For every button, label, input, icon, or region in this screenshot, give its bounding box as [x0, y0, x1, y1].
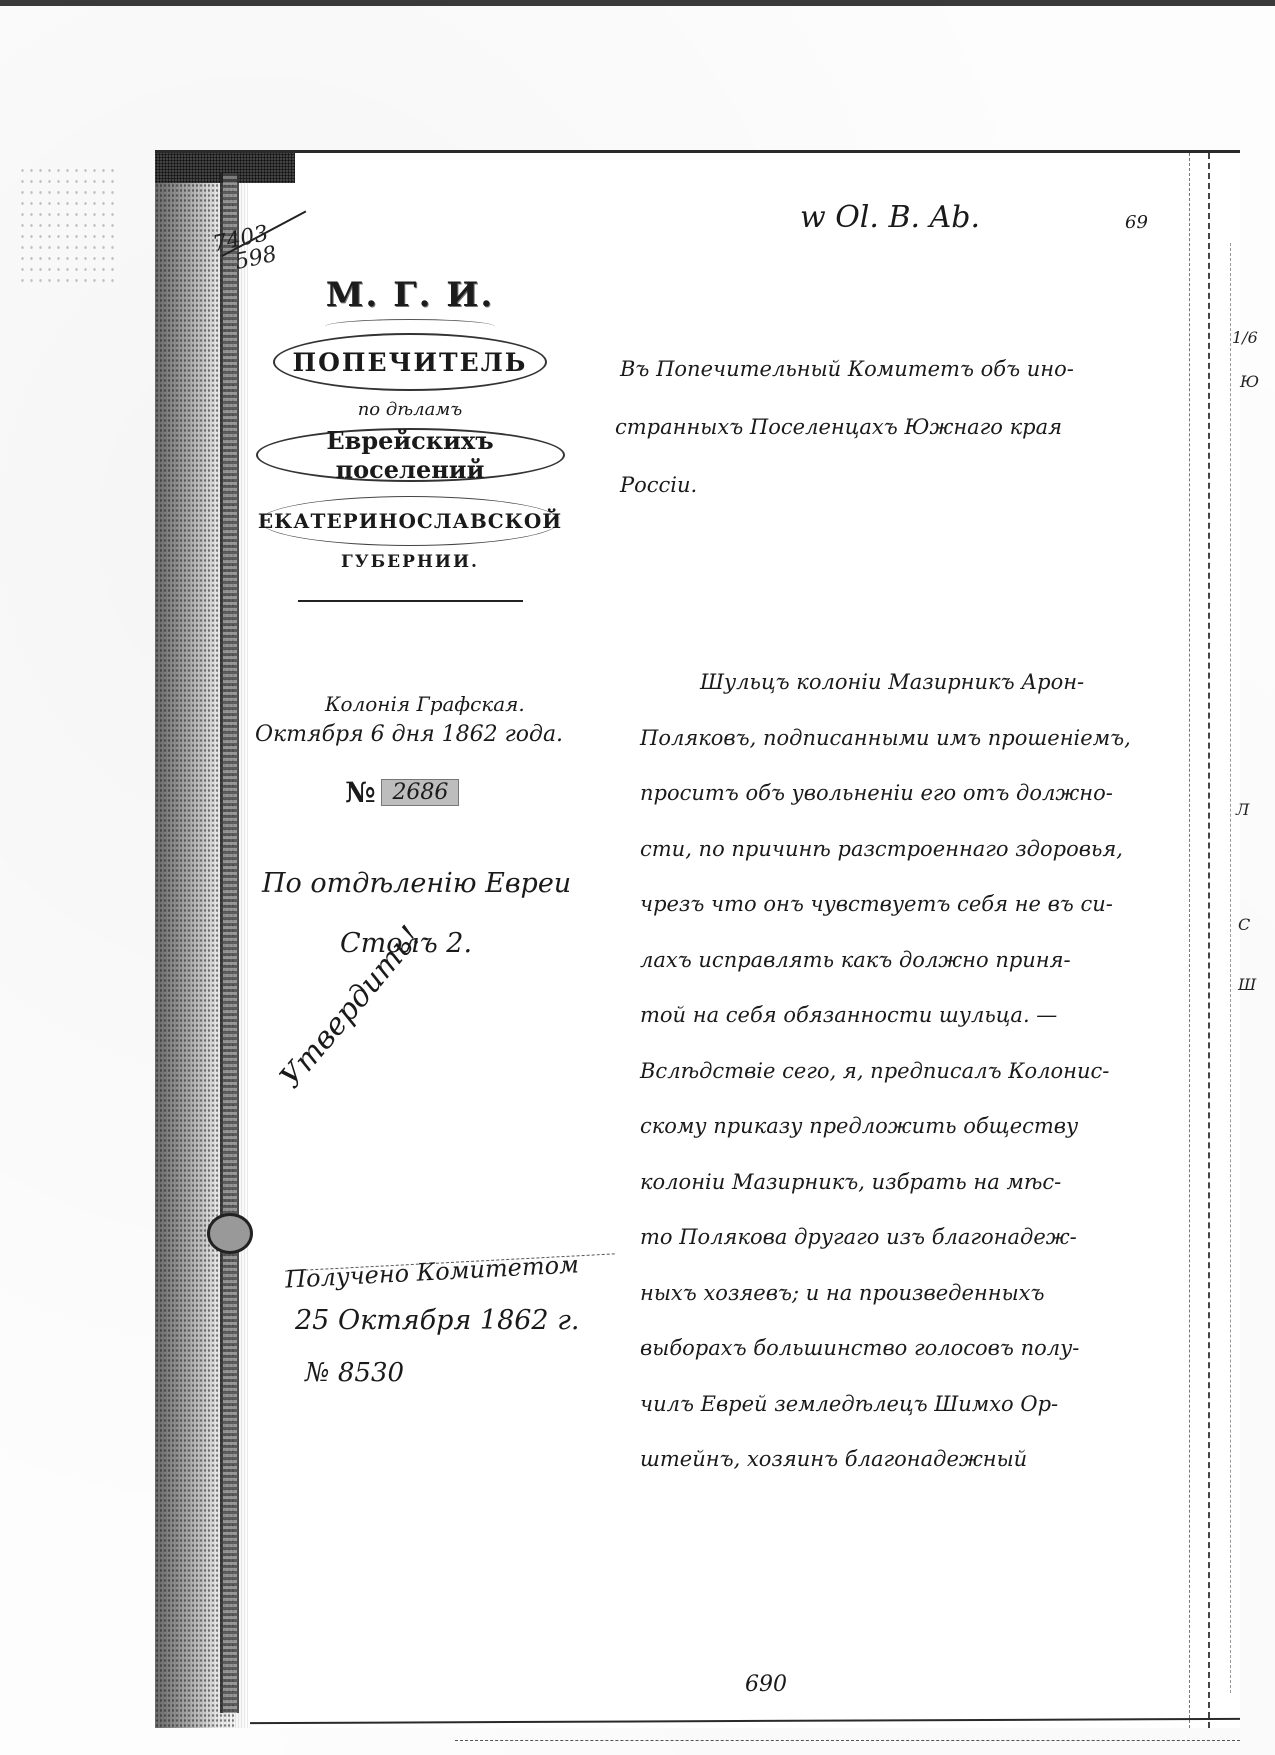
body-line: выборахъ большинство голосовъ полу- [640, 1321, 1200, 1377]
right-margin-mark: Л [1236, 800, 1249, 819]
body-line: ныхъ хозяевъ; и на произведенныхъ [640, 1266, 1200, 1322]
body-line: той на себя обязанности шульца. — [640, 988, 1200, 1044]
letterhead-cartouche-3: ЕКАТЕРИНОСЛАВСКОЙ [260, 496, 560, 546]
colony-name: Колонія Графская. [325, 692, 525, 716]
addressee-block: Въ Попечительный Комитетъ объ ино- стран… [620, 340, 1160, 514]
outgoing-number-value: 2686 [381, 779, 459, 806]
body-line: проситъ объ увольненіи его отъ должно- [640, 766, 1200, 822]
page-bottom-edge [250, 1718, 1240, 1724]
letterhead-region: ЕКАТЕРИНОСЛАВСКОЙ [258, 509, 562, 533]
body-line: Вслѣдствіе сего, я, предписалъ Колонис- [640, 1044, 1200, 1100]
body-line: Шульцъ колоніи Мазирникъ Арон- [640, 655, 1200, 711]
letterhead-governorate: ГУБЕРНИИ. [250, 552, 570, 572]
body-line: лахъ исправлять какъ должно приня- [640, 933, 1200, 989]
binding-knot-icon [207, 1213, 253, 1254]
letterhead-cartouche-2: Еврейскихъ поселений [256, 428, 565, 482]
letterhead-divider [298, 600, 523, 602]
body-line: Поляковъ, подписанными имъ прошеніемъ, [640, 711, 1200, 767]
body-line: колоніи Мазирникъ, избрать на мѣс- [640, 1155, 1200, 1211]
received-note-line-2: 25 Октября 1862 г. [295, 1305, 579, 1336]
letterhead-title: ПОПЕЧИТЕЛЬ [293, 348, 528, 377]
addressee-line: Россіи. [620, 456, 1160, 514]
letterhead-monogram: М. Г. И. [250, 275, 570, 315]
letterhead-cartouche: ПОПЕЧИТЕЛЬ [273, 333, 547, 391]
scan-noise-left [18, 165, 118, 285]
department-note: По отдѣленію Евреи [262, 868, 571, 899]
scan-top-edge [0, 0, 1275, 6]
binding-cord [220, 173, 239, 1713]
folio-mark: w Ol. B. Ab. [800, 200, 980, 235]
letter-date: Октября 6 дня 1862 года. [255, 722, 563, 747]
body-line: чилъ Еврей земледѣлецъ Шимхо Ор- [640, 1377, 1200, 1433]
page-number: 690 [745, 1672, 787, 1697]
right-margin-mark: 1/6 [1232, 328, 1258, 347]
right-margin-mark: Ш [1238, 975, 1256, 994]
letter-body: Шульцъ колоніи Мазирникъ Арон- Поляковъ,… [640, 655, 1200, 1488]
letterhead: М. Г. И. ПОПЕЧИТЕЛЬ по дѣламъ Еврейскихъ… [250, 275, 570, 602]
body-line: сти, по причинѣ разстроеннаго здоровья, [640, 822, 1200, 878]
body-line: то Полякова другаго изъ благонадеж- [640, 1210, 1200, 1266]
folio-number: 69 [1125, 212, 1148, 233]
letterhead-subtitle-small: по дѣламъ [250, 399, 570, 420]
page-right-edge-outer [1230, 243, 1232, 1693]
body-line: скому приказу предложить обществу [640, 1099, 1200, 1155]
right-margin-mark: Ю [1240, 372, 1259, 391]
number-sign: № [345, 776, 375, 809]
letterhead-subtitle: Еврейскихъ поселений [258, 426, 563, 484]
page-bottom-edge-2 [455, 1740, 1240, 1742]
body-line: чрезъ что онъ чувствуетъ себя не въ си- [640, 877, 1200, 933]
addressee-line: странныхъ Поселенцахъ Южнаго края [615, 398, 1160, 456]
body-line: штейнъ, хозяинъ благонадежный [640, 1432, 1200, 1488]
received-note-line-3: № 8530 [305, 1358, 404, 1388]
outgoing-number: № 2686 [345, 776, 459, 809]
addressee-line: Въ Попечительный Комитетъ объ ино- [620, 340, 1160, 398]
right-margin-mark: С [1238, 915, 1250, 934]
